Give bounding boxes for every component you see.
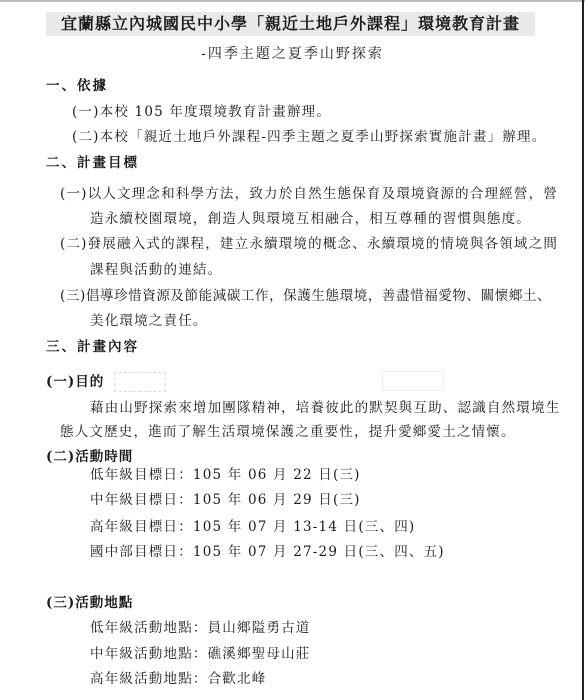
schedule-row: 高年級目標日：105 年 07 月 13-14 日(三、四) <box>90 518 415 536</box>
section-heading-content: 三、計畫內容 <box>46 338 139 356</box>
location-row: 低年級活動地點：員山鄉隘勇古道 <box>90 619 311 637</box>
location-label: 低年級活動地點： <box>90 620 208 636</box>
location-row: 高年級活動地點：合歡北峰 <box>90 670 266 688</box>
scan-smudge <box>382 371 444 391</box>
purpose-line-2: 態人文歷史，進而了解生活環境保護之重要性，提升愛鄉愛土之情懷。 <box>60 423 516 441</box>
basis-item-2: (二)本校「親近土地戶外課程-四季主題之夏季山野探索實施計畫」辦理。 <box>72 128 546 146</box>
location-row: 中年級活動地點：礁溪鄉聖母山莊 <box>90 645 311 663</box>
goal-3-line-2: 美化環境之責任。 <box>90 312 208 330</box>
section-heading-basis: 一、依據 <box>46 77 108 95</box>
location-value: 員山鄉隘勇古道 <box>208 620 311 636</box>
schedule-label: 高年級目標日： <box>90 519 193 535</box>
schedule-label: 國中部目標日： <box>90 544 193 560</box>
schedule-value: 105 年 07 月 27-29 日(三、四、五) <box>193 544 445 560</box>
goal-2-line-2: 課程與活動的連結。 <box>90 261 222 279</box>
schedule-label: 低年級目標日： <box>90 467 193 483</box>
goal-1-line-2: 造永續校園環境，創造人與環境互相融合，相互尊種的習慣與態度。 <box>90 210 531 228</box>
schedule-row: 中年級目標日：105 年 06 月 29 日(三) <box>90 491 361 509</box>
schedule-value: 105 年 06 月 29 日(三) <box>193 492 361 508</box>
document-subtitle: -四季主題之夏季山野探索 <box>0 45 585 63</box>
schedule-row: 國中部目標日：105 年 07 月 27-29 日(三、四、五) <box>90 543 445 561</box>
location-label: 高年級活動地點： <box>90 671 208 687</box>
purpose-heading: (一)目的 <box>46 373 104 391</box>
basis-item-1: (一)本校 105 年度環境教育計畫辦理。 <box>72 103 331 121</box>
purpose-line-1: 藉由山野探索來增加團隊精神，培養彼此的默契與互助、認識自然環境生 <box>90 399 560 417</box>
locations-heading: (三)活動地點 <box>46 594 133 612</box>
schedule-label: 中年級目標日： <box>90 492 193 508</box>
schedule-value: 105 年 07 月 13-14 日(三、四) <box>193 519 415 535</box>
location-value: 合歡北峰 <box>208 671 267 687</box>
goal-1-line-1: (一)以人文理念和科學方法，致力於自然生態保育及環境資源的合理經營，營 <box>60 185 558 203</box>
document-title: 宜蘭縣立內城國民中小學「親近土地戶外課程」環境教育計畫 <box>46 12 535 36</box>
scan-smudge <box>114 372 166 392</box>
schedule-value: 105 年 06 月 22 日(三) <box>193 467 361 483</box>
location-label: 中年級活動地點： <box>90 646 208 662</box>
document-page: 宜蘭縣立內城國民中小學「親近土地戶外課程」環境教育計畫 -四季主題之夏季山野探索… <box>0 0 585 700</box>
schedule-row: 低年級目標日：105 年 06 月 22 日(三) <box>90 466 361 484</box>
goal-2-line-1: (二)發展融入式的課程，建立永續環境的概念、永續環境的情境與各領域之間 <box>60 235 558 253</box>
location-value: 礁溪鄉聖母山莊 <box>208 646 311 662</box>
schedule-heading: (二)活動時間 <box>46 448 133 466</box>
section-heading-goals: 二、計畫目標 <box>46 154 139 172</box>
goal-3-line-1: (三)倡導珍惜資源及節能減碳工作，保護生態環境，善盡惜福愛物、關懷鄉土、 <box>60 287 551 305</box>
